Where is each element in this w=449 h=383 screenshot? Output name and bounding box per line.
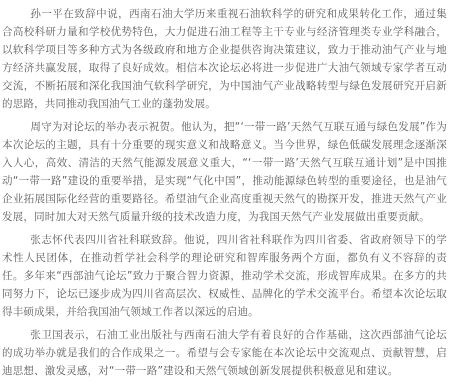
article-body: 孙一平在致辞中说，西南石油大学历来重视石油软科学的研究和成果转化工作，通过集合高…	[0, 0, 449, 380]
paragraph-zhang-zhihuai-speech: 张志怀代表四川省社科联致辞。他说，四川省社科联作为四川省委、省政府领导下的学术性…	[2, 231, 447, 321]
paragraph-sun-yiping-speech: 孙一平在致辞中说，西南石油大学历来重视石油软科学的研究和成果转化工作，通过集合高…	[2, 5, 447, 113]
paragraph-zhou-shouwei-speech: 周守为对论坛的举办表示祝贺。他认为，把“‘一带一路’天然气互联互通与绿色发展”作…	[2, 118, 447, 226]
paragraph-zhang-weiguo-speech: 张卫国表示，石油工业出版社与西南石油大学有着良好的合作基础，这次西部油气论坛的成…	[2, 326, 447, 380]
